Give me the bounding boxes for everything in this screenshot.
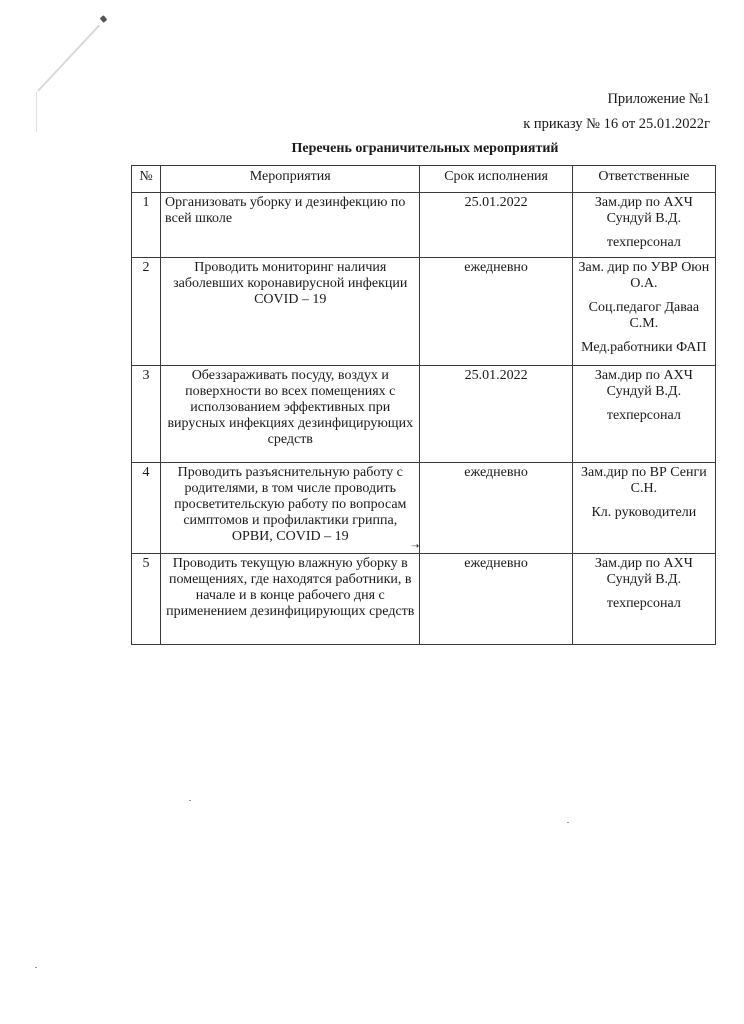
pen-mark-artifact: ➝: [411, 541, 419, 552]
measure-cell: Обеззараживать посуду, воздух и поверхно…: [161, 366, 420, 463]
responsible-cell: Зам.дир по ВР Сенги С.Н.Кл. руководители: [572, 463, 715, 554]
row-number: 1: [132, 193, 161, 258]
row-number: 5: [132, 554, 161, 645]
responsible-person: Зам.дир по АХЧ Сундуй В.Д.: [577, 195, 711, 227]
responsible-person: Зам. дир по УВР Оюн О.А.: [577, 260, 711, 292]
responsible-cell: Зам.дир по АХЧ Сундуй В.Д.техперсонал: [572, 366, 715, 463]
scan-fold-artifact: [37, 24, 100, 91]
deadline-cell: 25.01.2022: [420, 193, 572, 258]
deadline-cell: 25.01.2022: [420, 366, 572, 463]
measure-cell: Проводить разъяснительную работу с родит…: [161, 463, 420, 554]
scan-edge-artifact: [36, 92, 37, 132]
order-reference: к приказу № 16 от 25.01.2022г: [523, 117, 710, 132]
responsible-person: техперсонал: [577, 596, 711, 612]
measure-cell: Организовать уборку и дезинфекцию по все…: [161, 193, 420, 258]
responsible-person: техперсонал: [577, 408, 711, 424]
deadline-cell: ежедневно: [420, 258, 572, 366]
deadline-cell: ежедневно: [420, 463, 572, 554]
measure-cell: Проводить мониторинг наличия заболевших …: [161, 258, 420, 366]
responsible-person: Соц.педагог Даваа С.М.: [577, 300, 711, 332]
table-row: 1Организовать уборку и дезинфекцию по вс…: [132, 193, 716, 258]
table-row: 3Обеззараживать посуду, воздух и поверхн…: [132, 366, 716, 463]
appendix-label: Приложение №1: [607, 92, 710, 107]
row-number: 3: [132, 366, 161, 463]
responsible-cell: Зам.дир по АХЧ Сундуй В.Д.техперсонал: [572, 193, 715, 258]
deadline-cell: ежедневно: [420, 554, 572, 645]
table-body: 1Организовать уборку и дезинфекцию по вс…: [132, 193, 716, 645]
scan-mark-artifact: [100, 15, 108, 23]
table-row: 5Проводить текущую влажную уборку в поме…: [132, 554, 716, 645]
responsible-person: Зам.дир по АХЧ Сундуй В.Д.: [577, 368, 711, 400]
measures-table: № Мероприятия Срок исполнения Ответствен…: [131, 165, 716, 645]
scan-speck: [189, 800, 191, 801]
responsible-cell: Зам.дир по АХЧ Сундуй В.Д.техперсонал: [572, 554, 715, 645]
document-title: Перечень ограничительных мероприятий: [0, 141, 744, 157]
responsible-person: Зам.дир по ВР Сенги С.Н.: [577, 465, 711, 497]
table-row: 2Проводить мониторинг наличия заболевших…: [132, 258, 716, 366]
measure-cell: Проводить текущую влажную уборку в помещ…: [161, 554, 420, 645]
column-header-number: №: [132, 166, 161, 193]
column-header-deadline: Срок исполнения: [420, 166, 572, 193]
scan-speck: [35, 967, 37, 968]
column-header-responsible: Ответственные: [572, 166, 715, 193]
responsible-person: техперсонал: [577, 235, 711, 251]
responsible-person: Зам.дир по АХЧ Сундуй В.Д.: [577, 556, 711, 588]
responsible-person: Мед.работники ФАП: [577, 340, 711, 356]
column-header-measures: Мероприятия: [161, 166, 420, 193]
table-row: 4Проводить разъяснительную работу с роди…: [132, 463, 716, 554]
scan-speck: [567, 822, 569, 823]
row-number: 4: [132, 463, 161, 554]
row-number: 2: [132, 258, 161, 366]
responsible-person: Кл. руководители: [577, 505, 711, 521]
responsible-cell: Зам. дир по УВР Оюн О.А.Соц.педагог Дава…: [572, 258, 715, 366]
table-header-row: № Мероприятия Срок исполнения Ответствен…: [132, 166, 716, 193]
